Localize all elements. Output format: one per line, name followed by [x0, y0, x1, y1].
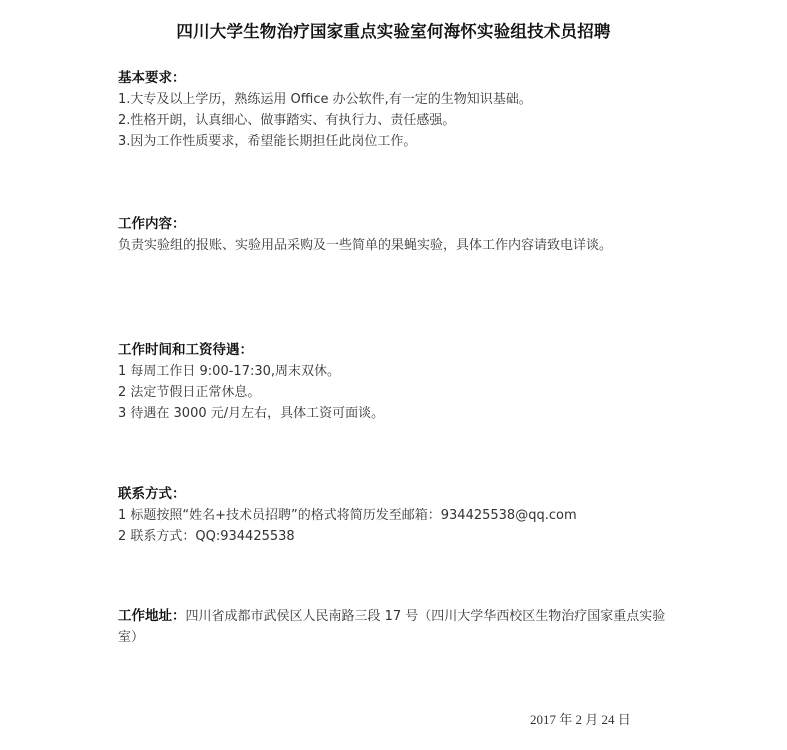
- requirement-item: 1.大专及以上学历，熟练运用 Office 办公软件,有一定的生物知识基础。: [118, 89, 678, 110]
- section-heading: 工作时间和工资待遇：: [118, 340, 678, 361]
- contact-email-item: 1 标题按照“姓名+技术员招聘”的格式将简历发至邮箱：934425538@qq.…: [118, 505, 678, 526]
- hours-item: 2 法定节假日正常休息。: [118, 382, 678, 403]
- section-heading: 工作地址：: [118, 608, 186, 624]
- contact-qq-item: 2 联系方式：QQ:934425538: [118, 526, 678, 547]
- salary-item: 3 待遇在 3000 元/月左右，具体工资可面谈。: [118, 403, 678, 424]
- address-text: 四川省成都市武侯区人民南路三段 17 号（四川大学华西校区生物治疗国家重点实验室…: [118, 609, 665, 645]
- section-heading: 基本要求：: [118, 68, 678, 89]
- hours-item: 1 每周工作日 9:00-17:30,周末双休。: [118, 361, 678, 382]
- section-basic-requirements: 基本要求： 1.大专及以上学历，熟练运用 Office 办公软件,有一定的生物知…: [118, 68, 678, 152]
- section-contact: 联系方式： 1 标题按照“姓名+技术员招聘”的格式将简历发至邮箱：9344255…: [118, 484, 678, 547]
- document-title: 四川大学生物治疗国家重点实验室何海怀实验组技术员招聘: [0, 18, 787, 42]
- requirement-item: 3.因为工作性质要求，希望能长期担任此岗位工作。: [118, 131, 678, 152]
- section-heading: 联系方式：: [118, 484, 678, 505]
- document-date: 2017 年 2 月 24 日: [530, 709, 631, 728]
- section-heading: 工作内容：: [118, 214, 678, 235]
- section-job-content: 工作内容： 负责实验组的报账、实验用品采购及一些简单的果蝇实验，具体工作内容请致…: [118, 214, 678, 256]
- requirement-item: 2.性格开朗，认真细心、做事踏实、有执行力、责任感强。: [118, 110, 678, 131]
- job-content-text: 负责实验组的报账、实验用品采购及一些简单的果蝇实验，具体工作内容请致电详谈。: [118, 235, 678, 256]
- address-block: 工作地址：四川省成都市武侯区人民南路三段 17 号（四川大学华西校区生物治疗国家…: [118, 606, 678, 648]
- section-address: 工作地址：四川省成都市武侯区人民南路三段 17 号（四川大学华西校区生物治疗国家…: [118, 606, 678, 648]
- section-hours-and-salary: 工作时间和工资待遇： 1 每周工作日 9:00-17:30,周末双休。 2 法定…: [118, 340, 678, 424]
